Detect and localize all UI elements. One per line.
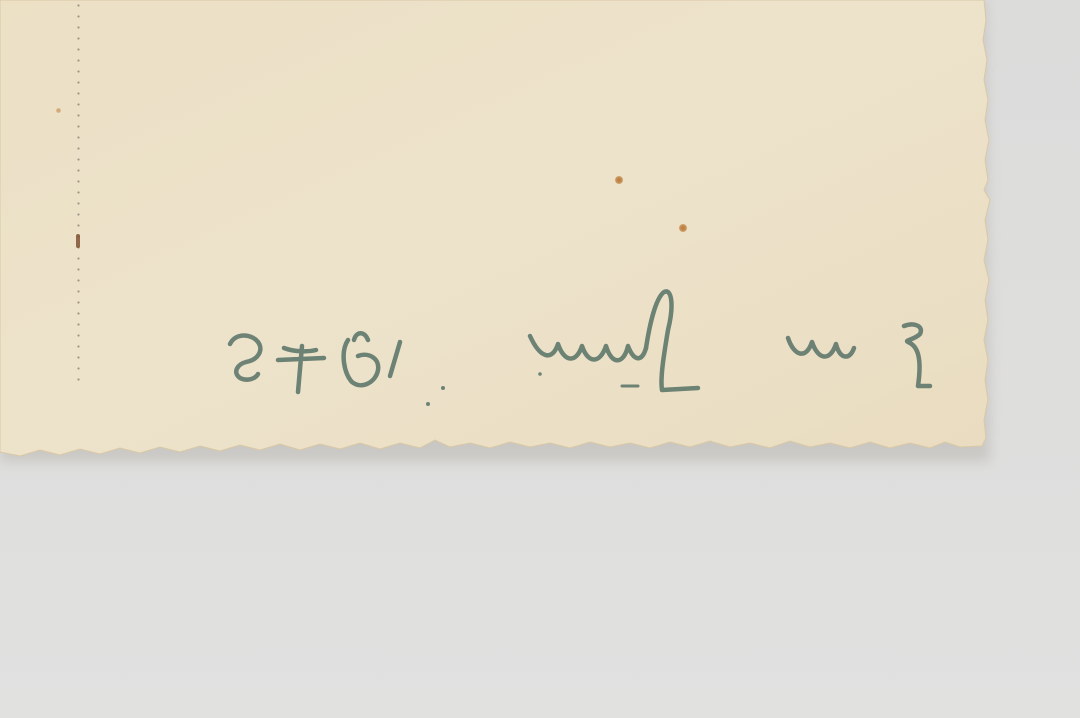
handwriting-strokes bbox=[218, 282, 938, 412]
stain-mark bbox=[76, 234, 80, 248]
handwritten-date: Im Juni 1942 bbox=[218, 282, 938, 412]
foxing-spot bbox=[679, 224, 687, 232]
perforation-line bbox=[77, 0, 80, 382]
photo-scene: Im Juni 1942 bbox=[0, 0, 1080, 718]
foxing-spot bbox=[615, 176, 623, 184]
foxing-spot bbox=[56, 108, 61, 113]
